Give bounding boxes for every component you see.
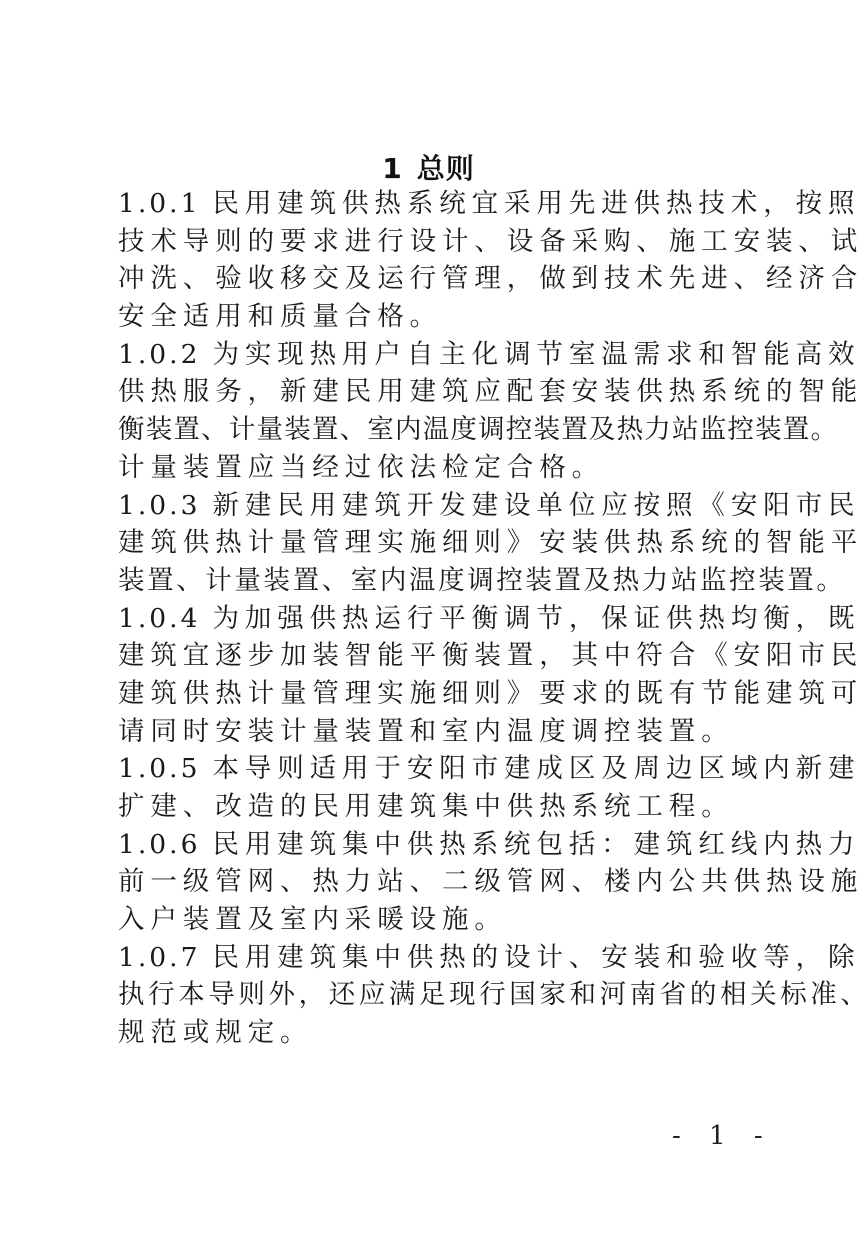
text-line: 1.0.5本导则适用于安阳市建成区及周边区域内新建、 — [118, 750, 742, 788]
clause-text: 民用建筑集中供热系统包括：建筑红线内热力站 — [212, 829, 857, 860]
clause-text: 新建民用建筑开发建设单位应按照《安阳市民用 — [212, 490, 857, 521]
text-line: 建筑供热计量管理实施细则》要求的既有节能建筑可申 — [118, 675, 742, 713]
text-line: 衡装置、计量装置、室内温度调控装置及热力站监控装置。 — [118, 411, 742, 449]
text-line: 建筑供热计量管理实施细则》安装供热系统的智能平衡 — [118, 524, 742, 562]
chapter-number: 1 — [382, 152, 402, 185]
chapter-title-text: 总则 — [417, 152, 475, 185]
clause-1-0-7: 1.0.7民用建筑集中供热的设计、安装和验收等，除应 执行本导则外，还应满足现行… — [118, 939, 742, 1052]
text-line: 入户装置及室内采暖设施。 — [118, 901, 742, 939]
text-line: 1.0.3新建民用建筑开发建设单位应按照《安阳市民用 — [118, 487, 742, 525]
chapter-title: 1总则 — [0, 149, 857, 189]
clause-text: 民用建筑供热系统宜采用先进供热技术，按照本 — [212, 188, 857, 219]
clause-number: 1.0.1 — [118, 188, 200, 219]
text-line: 装置、计量装置、室内温度调控装置及热力站监控装置。 — [118, 562, 742, 600]
text-line: 供热服务，新建民用建筑应配套安装供热系统的智能平 — [118, 373, 742, 411]
text-line: 1.0.1民用建筑供热系统宜采用先进供热技术，按照本 — [118, 185, 742, 223]
clause-1-0-2: 1.0.2为实现热用户自主化调节室温需求和智能高效的 供热服务，新建民用建筑应配… — [118, 336, 742, 487]
text-line: 扩建、改造的民用建筑集中供热系统工程。 — [118, 788, 742, 826]
text-line: 安全适用和质量合格。 — [118, 298, 742, 336]
text-line: 规范或规定。 — [118, 1014, 742, 1052]
text-line: 1.0.7民用建筑集中供热的设计、安装和验收等，除应 — [118, 939, 742, 977]
clause-number: 1.0.7 — [118, 942, 200, 973]
text-line: 技术导则的要求进行设计、设备采购、施工安装、试验 — [118, 223, 742, 261]
clause-1-0-3: 1.0.3新建民用建筑开发建设单位应按照《安阳市民用 建筑供热计量管理实施细则》… — [118, 487, 742, 600]
page-number: - 1 - — [672, 1121, 773, 1151]
clause-number: 1.0.3 — [118, 490, 200, 521]
text-line: 1.0.4为加强供热运行平衡调节，保证供热均衡，既有 — [118, 600, 742, 638]
text-line: 1.0.2为实现热用户自主化调节室温需求和智能高效的 — [118, 336, 742, 374]
clause-1-0-1: 1.0.1民用建筑供热系统宜采用先进供热技术，按照本 技术导则的要求进行设计、设… — [118, 185, 742, 336]
clause-text: 本导则适用于安阳市建成区及周边区域内新建、 — [212, 753, 857, 784]
document-page: 1总则 1.0.1民用建筑供热系统宜采用先进供热技术，按照本 技术导则的要求进行… — [0, 0, 857, 1241]
clause-1-0-4: 1.0.4为加强供热运行平衡调节，保证供热均衡，既有 建筑宜逐步加装智能平衡装置… — [118, 600, 742, 751]
clause-1-0-6: 1.0.6民用建筑集中供热系统包括：建筑红线内热力站 前一级管网、热力站、二级管… — [118, 826, 742, 939]
text-line: 执行本导则外，还应满足现行国家和河南省的相关标准、 — [118, 976, 742, 1014]
clause-number: 1.0.4 — [118, 603, 200, 634]
clause-number: 1.0.5 — [118, 753, 200, 784]
clause-1-0-5: 1.0.5本导则适用于安阳市建成区及周边区域内新建、 扩建、改造的民用建筑集中供… — [118, 750, 742, 825]
document-body: 1.0.1民用建筑供热系统宜采用先进供热技术，按照本 技术导则的要求进行设计、设… — [118, 185, 742, 1052]
text-line: 1.0.6民用建筑集中供热系统包括：建筑红线内热力站 — [118, 826, 742, 864]
clause-text: 为加强供热运行平衡调节，保证供热均衡，既有 — [212, 603, 857, 634]
text-line: 请同时安装计量装置和室内温度调控装置。 — [118, 713, 742, 751]
text-line: 冲洗、验收移交及运行管理，做到技术先进、经济合理、 — [118, 260, 742, 298]
clause-number: 1.0.2 — [118, 339, 200, 370]
text-line: 前一级管网、热力站、二级管网、楼内公共供热设施、 — [118, 863, 742, 901]
text-line: 计量装置应当经过依法检定合格。 — [118, 449, 742, 487]
text-line: 建筑宜逐步加装智能平衡装置，其中符合《安阳市民用 — [118, 637, 742, 675]
clause-text: 民用建筑集中供热的设计、安装和验收等，除应 — [212, 942, 857, 973]
clause-number: 1.0.6 — [118, 829, 200, 860]
clause-text: 为实现热用户自主化调节室温需求和智能高效的 — [212, 339, 857, 370]
